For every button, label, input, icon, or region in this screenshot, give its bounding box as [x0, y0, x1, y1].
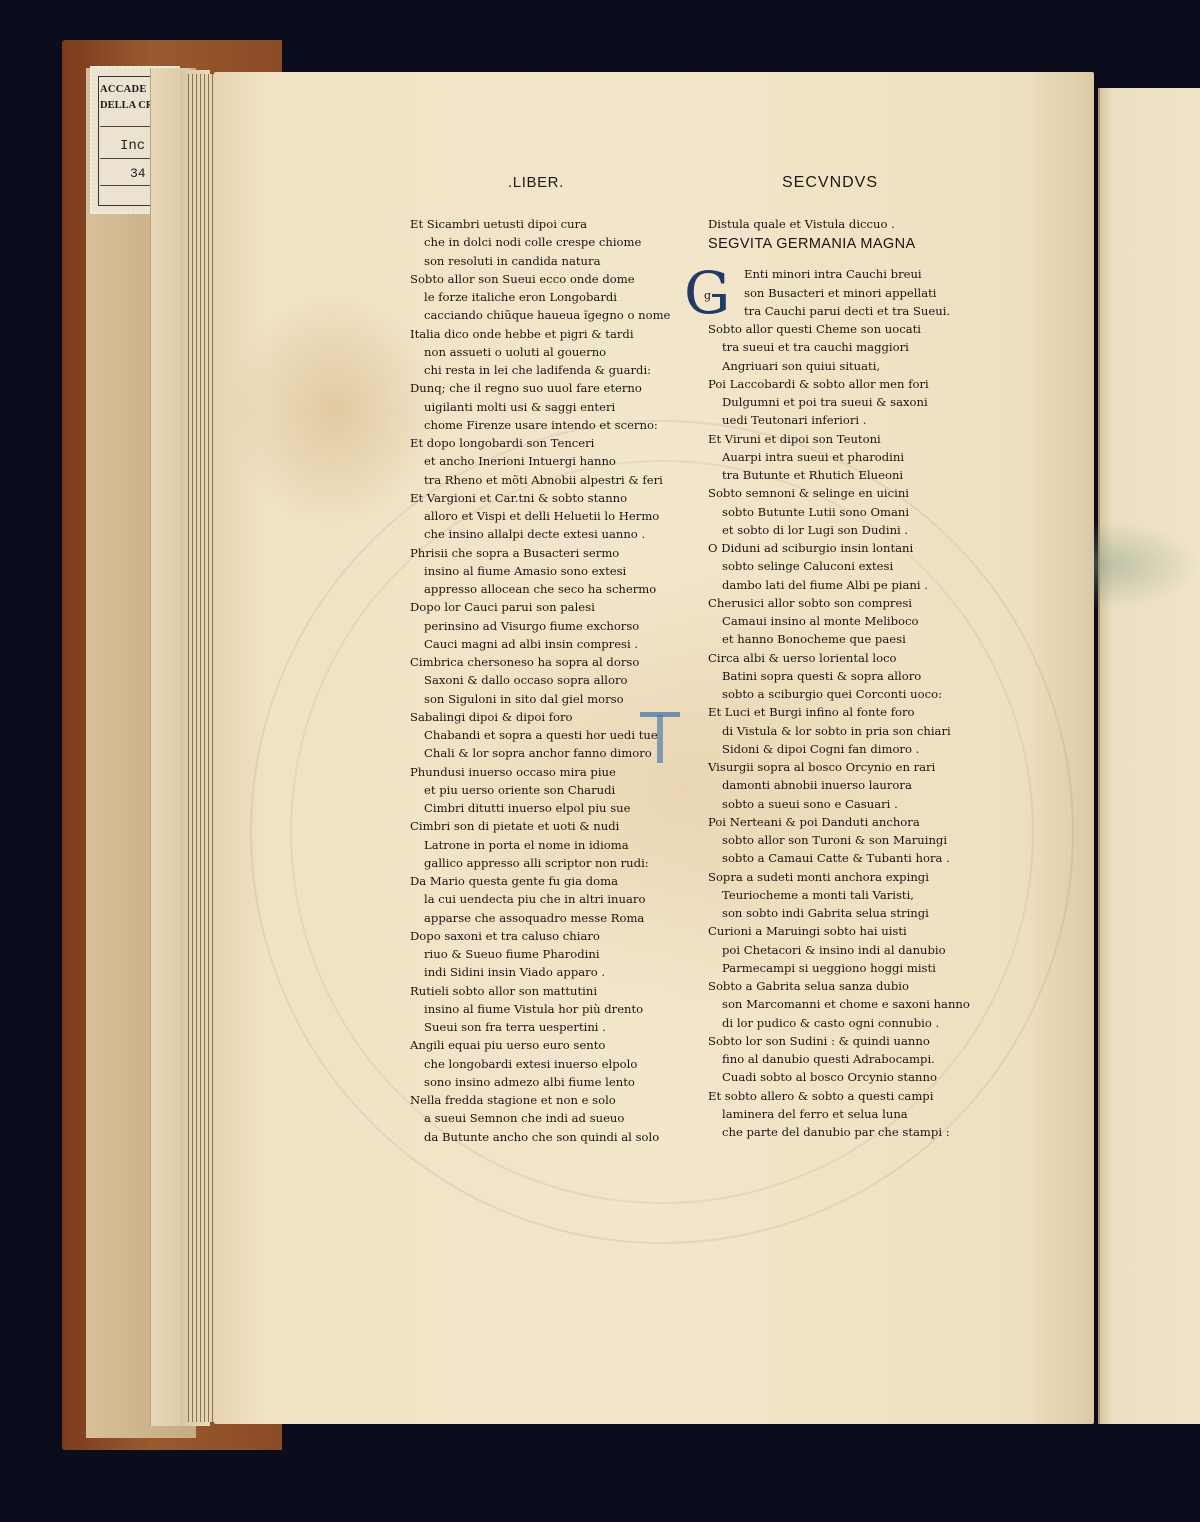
text-line: et sobto di lor Lugi son Dudini .	[708, 521, 988, 539]
text-line: et hanno Bonocheme que paesi	[708, 630, 988, 648]
text-line: Angriuari son quiui situati,	[708, 357, 988, 375]
text-line: Cimbri son di pietate et uoti & nudi	[410, 817, 690, 835]
text-line: Sidoni & dipoi Cogni fan dimoro .	[708, 740, 988, 758]
text-line: a sueui Semnon che indi ad sueuo	[410, 1109, 690, 1127]
text-line: Et Viruni et dipoi son Teutoni	[708, 430, 988, 448]
text-line: Sobto allor questi Cheme son uocati	[708, 320, 988, 338]
left-text-column: Et Sicambri uetusti dipoi curache in dol…	[410, 215, 690, 1146]
running-header-left: .LIBER.	[508, 174, 564, 191]
text-line: alloro et Vispi et delli Heluetii lo Her…	[410, 507, 690, 525]
text-line: Sabalingi dipoi & dipoi foro	[410, 708, 690, 726]
text-line: Curioni a Maruingi sobto hai uisti	[708, 922, 988, 940]
text-line: chome Firenze usare intendo et scerno:	[410, 416, 690, 434]
text-line: et piu uerso oriente son Charudi	[410, 781, 690, 799]
text-line: tra Rheno et mõti Abnobii alpestri & fer…	[410, 471, 690, 489]
text-line: Et Vargioni et Car.tni & sobto stanno	[410, 489, 690, 507]
text-line: tra sueui et tra cauchi maggiori	[708, 338, 988, 356]
text-line: indi Sidini insin Viado apparo .	[410, 963, 690, 981]
text-line: Sobto semnoni & selinge en uicini	[708, 484, 988, 502]
text-line: insino al fiume Vistula hor più drento	[410, 1000, 690, 1018]
text-line: uedi Teutonari inferiori .	[708, 411, 988, 429]
text-line: Cimbrica chersoneso ha sopra al dorso	[410, 653, 690, 671]
text-line: appresso allocean che seco ha schermo	[410, 580, 690, 598]
text-line: Sobto lor son Sudini : & quindi uanno	[708, 1032, 988, 1050]
drop-cap-line: son Busacteri et minori appellati	[708, 284, 988, 302]
text-line: Phrisii che sopra a Busacteri sermo	[410, 544, 690, 562]
text-line: Dopo lor Cauci parui son palesi	[410, 598, 690, 616]
text-line: Chabandi et sopra a questi hor uedi tue	[410, 726, 690, 744]
text-line: son Siguloni in sito dal giel morso	[410, 690, 690, 708]
text-line: sobto Butunte Lutii sono Omani	[708, 503, 988, 521]
text-line: Rutieli sobto allor son mattutini	[410, 982, 690, 1000]
text-line: Saxoni & dallo occaso sopra alloro	[410, 671, 690, 689]
text-line: uigilanti molti usi & saggi enteri	[410, 398, 690, 416]
text-line: Et Luci et Burgi infino al fonte foro	[708, 703, 988, 721]
text-line: che parte del danubio par che stampi :	[708, 1123, 988, 1141]
text-line: Cherusici allor sobto son compresi	[708, 594, 988, 612]
text-line: Visurgii sopra al bosco Orcynio en rari	[708, 758, 988, 776]
text-line: apparse che assoquadro messe Roma	[410, 909, 690, 927]
opening-line: Distula quale et Vistula diccuo .	[708, 215, 988, 233]
drop-cap-line: tra Cauchi parui decti et tra Sueui.	[708, 302, 988, 320]
text-line: Sobto a Gabrita selua sanza dubio	[708, 977, 988, 995]
text-line: Et Sicambri uetusti dipoi cura	[410, 215, 690, 233]
text-line: di lor pudico & casto ogni connubio .	[708, 1014, 988, 1032]
text-line: son Marcomanni et chome e saxoni hanno	[708, 995, 988, 1013]
text-line: dambo lati del fiume Albi pe piani .	[708, 576, 988, 594]
text-line: Da Mario questa gente fu gia doma	[410, 872, 690, 890]
text-line: Poi Nerteani & poi Danduti anchora	[708, 813, 988, 831]
text-line: sono insino admezo albi fiume lento	[410, 1073, 690, 1091]
text-line: riuo & Sueuo fiume Pharodini	[410, 945, 690, 963]
text-line: non assueti o uoluti al gouerno	[410, 343, 690, 361]
right-text-column: Distula quale et Vistula diccuo . SEGVIT…	[708, 215, 988, 1141]
text-line: Parmecampi si ueggiono hoggi misti	[708, 959, 988, 977]
text-line: Auarpi intra sueui et pharodini	[708, 448, 988, 466]
text-line: sobto a sciburgio quei Corconti uoco:	[708, 685, 988, 703]
text-line: O Diduni ad sciburgio insin lontani	[708, 539, 988, 557]
text-line: Sueui son fra terra uespertini .	[410, 1018, 690, 1036]
section-title: SEGVITA GERMANIA MAGNA	[708, 233, 988, 255]
text-line: Sobto allor son Sueui ecco onde dome	[410, 270, 690, 288]
text-line: Circa albi & uerso loriental loco	[708, 649, 988, 667]
text-line: Cuadi sobto al bosco Orcynio stanno	[708, 1068, 988, 1086]
text-line: Batini sopra questi & sopra alloro	[708, 667, 988, 685]
running-header-right: SECVNDVS	[782, 174, 878, 192]
text-line: cacciando chiũque haueua ĩgegno o nome	[410, 306, 690, 324]
text-line: sobto a Camaui Catte & Tubanti hora .	[708, 849, 988, 867]
text-line: sobto a sueui sono e Casuari .	[708, 795, 988, 813]
text-line: perinsino ad Visurgo fiume exchorso	[410, 617, 690, 635]
text-line: Sopra a sudeti monti anchora expingi	[708, 868, 988, 886]
text-line: son resoluti in candida natura	[410, 252, 690, 270]
text-line: et ancho Inerioni Intuergi hanno	[410, 452, 690, 470]
text-line: damonti abnobii inuerso laurora	[708, 776, 988, 794]
text-line: Et dopo longobardi son Tenceri	[410, 434, 690, 452]
label-line-2: DELLA CR	[100, 100, 153, 111]
text-line: di Vistula & lor sobto in pria son chiar…	[708, 722, 988, 740]
text-line: sobto allor son Turoni & son Maruingi	[708, 831, 988, 849]
text-line: Angili equai piu uerso euro sento	[410, 1036, 690, 1054]
text-line: la cui uendecta piu che in altri inuaro	[410, 890, 690, 908]
label-number: 34	[130, 166, 146, 181]
text-line: chi resta in lei che ladifenda & guardi:	[410, 361, 690, 379]
text-line: che in dolci nodi colle crespe chiome	[410, 233, 690, 251]
text-line: Cimbri ditutti inuerso elpol piu sue	[410, 799, 690, 817]
text-line: Dopo saxoni et tra caluso chiaro	[410, 927, 690, 945]
text-line: laminera del ferro et selua luna	[708, 1105, 988, 1123]
label-shelf: Inc	[120, 138, 145, 154]
text-line: fino al danubio questi Adrabocampi.	[708, 1050, 988, 1068]
text-line: Et sobto allero & sobto a questi campi	[708, 1087, 988, 1105]
guide-letter: g	[704, 287, 711, 305]
right-lines: Sobto allor questi Cheme son uocatitra s…	[708, 320, 988, 1141]
text-line: le forze italiche eron Longobardi	[410, 288, 690, 306]
text-line: tra Butunte et Rhutich Elueoni	[708, 466, 988, 484]
text-line: Dunq; che il regno suo uuol fare eterno	[410, 379, 690, 397]
text-line: da Butunte ancho che son quindi al solo	[410, 1128, 690, 1146]
text-line: gallico appresso alli scriptor non rudi:	[410, 854, 690, 872]
drop-cap-line: Enti minori intra Cauchi breui	[708, 265, 988, 283]
text-line: Poi Laccobardi & sobto allor men fori	[708, 375, 988, 393]
drop-cap-block: G g Enti minori intra Cauchi breui son B…	[708, 265, 988, 320]
text-line: Cauci magni ad albi insin compresi .	[410, 635, 690, 653]
text-line: insino al fiume Amasio sono extesi	[410, 562, 690, 580]
text-line: Italia dico onde hebbe et pigri & tardi	[410, 325, 690, 343]
text-line: Chali & lor sopra anchor fanno dimoro	[410, 744, 690, 762]
text-line: che insino allalpi decte extesi uanno .	[410, 525, 690, 543]
next-page	[1098, 88, 1200, 1424]
text-line: sobto selinge Caluconi extesi	[708, 557, 988, 575]
text-line: son sobto indi Gabrita selua stringi	[708, 904, 988, 922]
stain	[230, 290, 440, 530]
text-line: poi Chetacori & insino indi al danubio	[708, 941, 988, 959]
text-line: Teuriocheme a monti tali Varisti,	[708, 886, 988, 904]
text-line: Phundusi inuerso occaso mira piue	[410, 763, 690, 781]
text-line: Camaui insino al monte Meliboco	[708, 612, 988, 630]
text-line: Latrone in porta el nome in idioma	[410, 836, 690, 854]
text-line: che longobardi extesi inuerso elpolo	[410, 1055, 690, 1073]
label-line-1: ACCADE	[100, 84, 147, 95]
text-line: Dulgumni et poi tra sueui & saxoni	[708, 393, 988, 411]
text-line: Nella fredda stagione et non e solo	[410, 1091, 690, 1109]
